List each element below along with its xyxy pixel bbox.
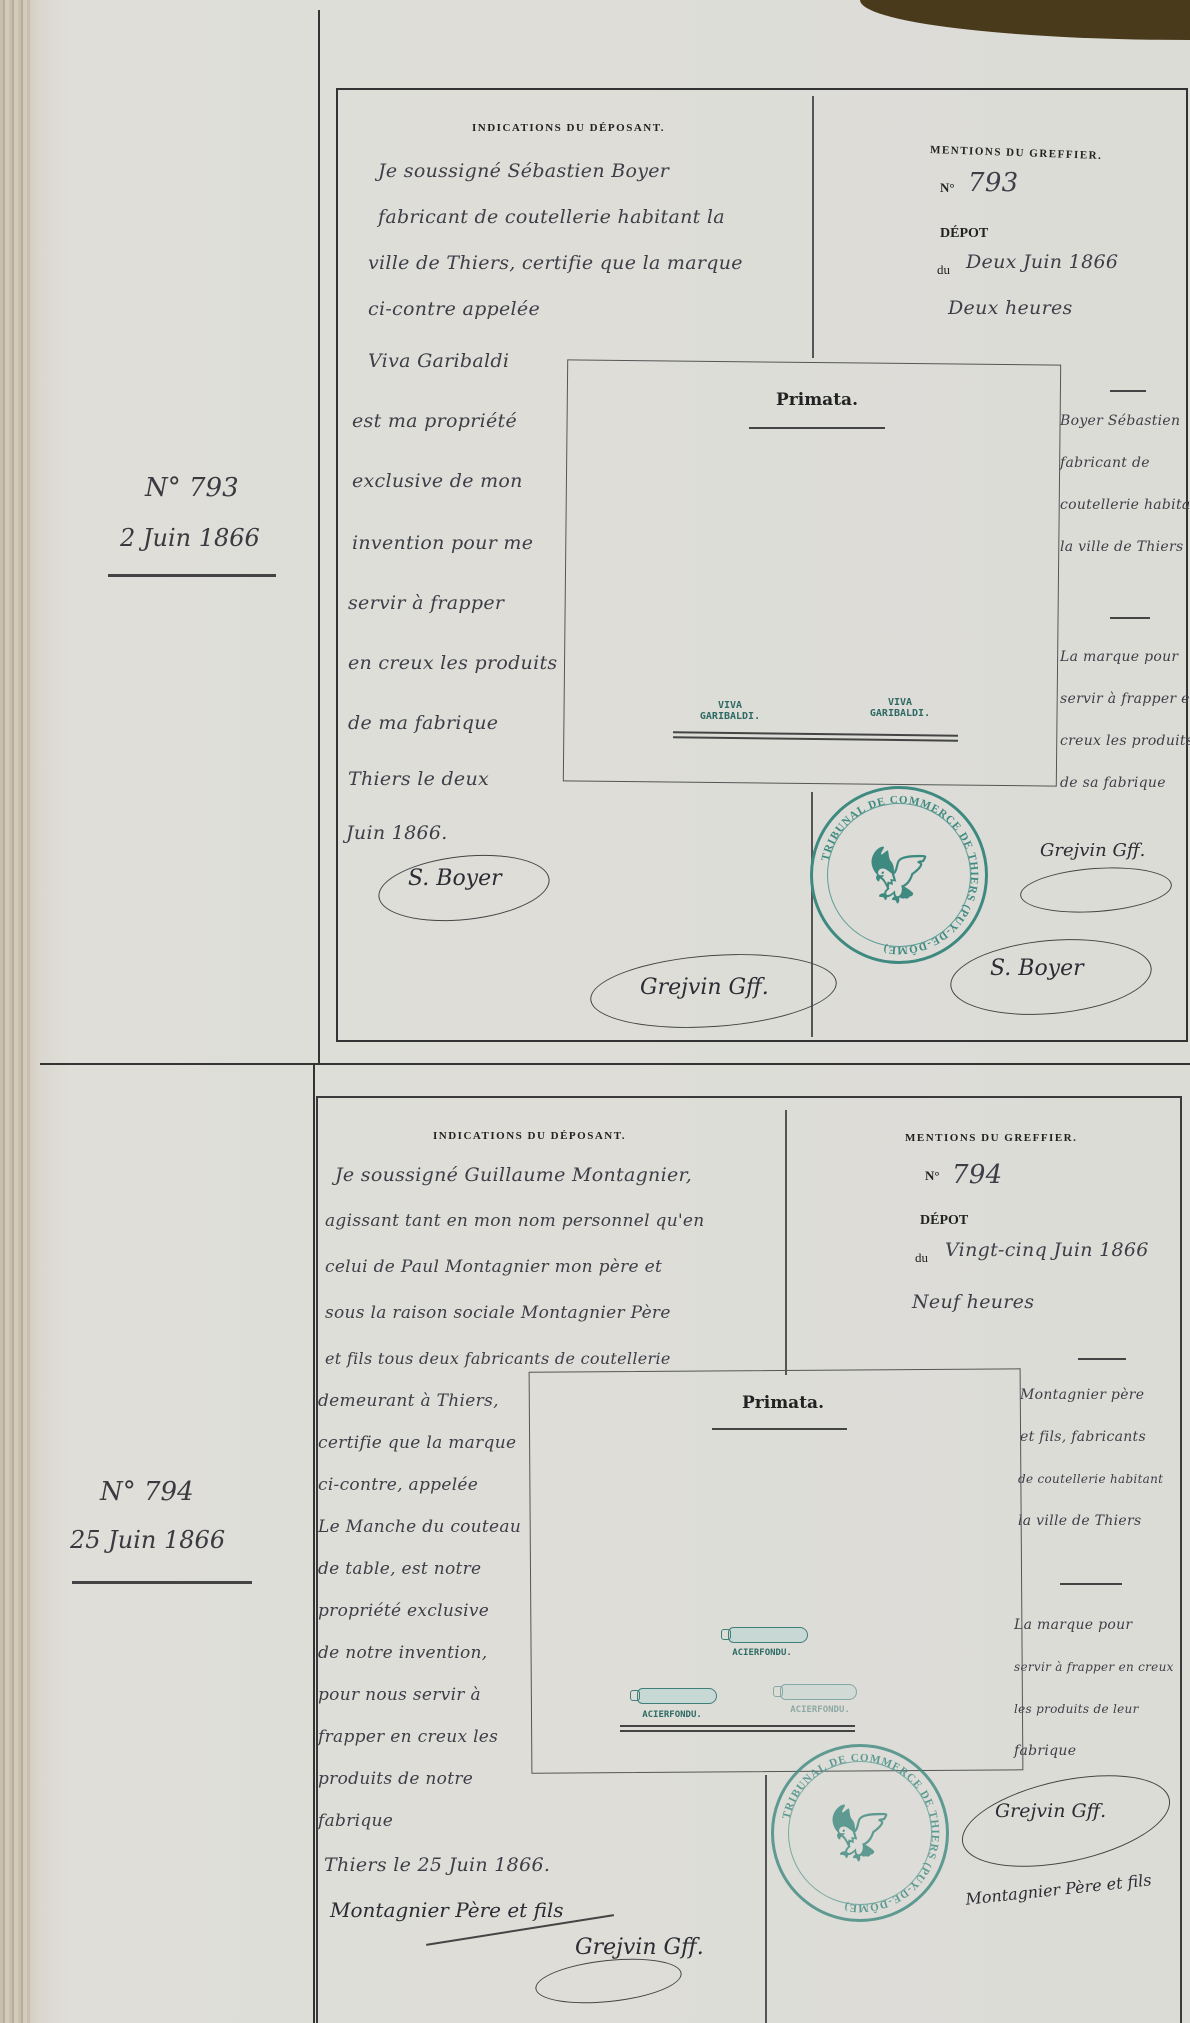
deposant-line: celui de Paul Montagnier mon père et (325, 1244, 662, 1290)
deposant-line: Je soussigné Sébastien Boyer (378, 148, 669, 194)
margin-underline (72, 1581, 252, 1584)
mark-stamp-acierfondu: ACIERFONDU. (622, 1710, 722, 1721)
tribunal-seal: 🦅︎ TRIBUNAL DE COMMERCE DE THIERS (PUY-D… (810, 786, 988, 964)
deposant-line: exclusive de mon (352, 458, 523, 504)
deposant-line: servir à frapper (348, 580, 504, 626)
greffier-note-line: les produits de leur (1014, 1688, 1139, 1730)
depot-label: DÉPOT (920, 1213, 968, 1229)
note-separator (1078, 1358, 1126, 1360)
note-separator (1110, 390, 1146, 392)
margin-underline (108, 574, 276, 577)
knife-handle-icon (780, 1684, 857, 1700)
deposit-time: Neuf heures (912, 1286, 1034, 1318)
deposant-line: certifie que la marque (318, 1420, 516, 1466)
greffier-note-line: et fils, fabricants (1020, 1416, 1146, 1458)
deposant-line: ci-contre appelée (368, 286, 540, 332)
mark-box (563, 359, 1061, 786)
entry-separator (40, 1063, 1190, 1065)
deposant-line: ci-contre, appelée (318, 1462, 478, 1508)
register-page: N° 793 2 Juin 1866 INDICATIONS DU DÉPOSA… (0, 0, 1190, 2023)
greffier-note-line: servir à frapper en (1060, 678, 1190, 720)
du-label: du (915, 1250, 928, 1266)
deposit-time: Deux heures (948, 292, 1073, 324)
seal-text-ring: TRIBUNAL DE COMMERCE DE THIERS (PUY-DE-D… (813, 789, 985, 961)
deposant-line: pour nous servir à (318, 1672, 481, 1718)
deposant-line: de table, est notre (318, 1546, 481, 1592)
greffier-note-line: servir à frapper en creux (1014, 1646, 1174, 1688)
deposant-line: fabrique (318, 1798, 393, 1844)
deposant-line: Thiers le 25 Juin 1866. (324, 1842, 550, 1888)
deposant-line: Juin 1866. (346, 810, 448, 856)
mark-stamp-acierfondu: ACIERFONDU. (712, 1648, 812, 1659)
number-label: N° (925, 1168, 940, 1184)
deposant-line: frapper en creux les (318, 1714, 498, 1760)
mark-stamp-viva-garibaldi: VIVA GARIBALDI. (860, 697, 940, 719)
column-divider-top (812, 96, 814, 358)
margin-date: 2 Juin 1866 (120, 520, 260, 556)
greffier-note-line: creux les produits (1060, 720, 1190, 762)
deposit-date: Deux Juin 1866 (966, 246, 1118, 278)
greffier-note-line: la ville de Thiers (1018, 1500, 1141, 1542)
deposant-countersignature: S. Boyer (990, 956, 1084, 981)
mark-title-underline (749, 427, 885, 429)
tribunal-seal: 🦅︎ TRIBUNAL DE COMMERCE DE THIERS (PUY-D… (771, 1744, 949, 1922)
greffier-header: MENTIONS DU GREFFIER. (905, 1132, 1077, 1144)
margin-number: N° 794 (100, 1474, 194, 1510)
greffier-note-line: fabricant de (1060, 442, 1150, 484)
deposant-line: Je soussigné Guillaume Montagnier, (335, 1152, 692, 1198)
greffier-note-line: La marque pour (1060, 636, 1178, 678)
desk-background (860, 0, 1190, 40)
seal-text-ring: TRIBUNAL DE COMMERCE DE THIERS (PUY-DE-D… (774, 1747, 946, 1919)
margin-rule-top (318, 10, 320, 1063)
greffier-note-line: coutellerie habitant (1060, 484, 1190, 526)
deposant-line: fabricant de coutellerie habitant la (378, 194, 725, 240)
deposant-signature: Montagnier Père et fils (330, 1898, 564, 1922)
deposit-number: 794 (952, 1160, 1003, 1190)
deposant-line: Viva Garibaldi (368, 338, 509, 384)
deposant-line: Thiers le deux (348, 756, 489, 802)
svg-text:TRIBUNAL DE COMMERCE DE THIERS: TRIBUNAL DE COMMERCE DE THIERS (PUY-DE-D… (819, 794, 980, 957)
deposant-line: propriété exclusive (318, 1588, 489, 1634)
deposant-header: INDICATIONS DU DÉPOSANT. (472, 122, 665, 134)
deposant-line: de ma fabrique (348, 700, 498, 746)
knife-handle-icon (728, 1627, 808, 1643)
du-label: du (937, 262, 950, 278)
clerk-signature: Grejvin Gff. (640, 975, 769, 1000)
margin-number: N° 793 (145, 470, 239, 506)
clerk-signature: Grejvin Gff. (575, 1935, 704, 1960)
deposant-signature: S. Boyer (408, 866, 502, 891)
svg-text:TRIBUNAL DE COMMERCE DE THIERS: TRIBUNAL DE COMMERCE DE THIERS (PUY-DE-D… (780, 1752, 941, 1915)
depot-label: DÉPOT (940, 226, 988, 242)
greffier-signature: Grejvin Gff. (1040, 840, 1145, 861)
mark-title-underline (712, 1428, 847, 1430)
greffier-note-line: de coutellerie habitant (1018, 1458, 1163, 1500)
number-label: N° (940, 180, 955, 196)
greffier-note-line: La marque pour (1014, 1604, 1132, 1646)
deposant-line: ville de Thiers, certifie que la marque (368, 240, 743, 286)
margin-rule-bottom (313, 1063, 315, 2023)
mark-title: Primata. (776, 390, 858, 410)
deposant-header: INDICATIONS DU DÉPOSANT. (433, 1130, 626, 1142)
margin-date: 25 Juin 1866 (70, 1522, 225, 1558)
mark-base-rule (620, 1730, 855, 1732)
deposant-line: sous la raison sociale Montagnier Père (325, 1290, 671, 1336)
deposant-line: est ma propriété (352, 398, 517, 444)
mark-stamp-acierfondu: ACIERFONDU. (770, 1705, 870, 1716)
greffier-signature: Grejvin Gff. (995, 1800, 1106, 1822)
column-divider-bottom (765, 1775, 767, 2023)
deposant-line: Le Manche du couteau (318, 1504, 521, 1550)
greffier-note-line: Boyer Sébastien (1060, 400, 1180, 442)
knife-handle-icon (637, 1688, 717, 1704)
mark-title: Primata. (742, 1393, 824, 1413)
deposant-line: produits de notre (318, 1756, 473, 1802)
deposant-line: en creux les produits (348, 640, 557, 686)
column-divider-top (785, 1110, 787, 1375)
mark-base-rule (620, 1725, 855, 1727)
mark-stamp-viva-garibaldi: VIVA GARIBALDI. (690, 700, 770, 722)
greffier-note-line: la ville de Thiers (1060, 526, 1183, 568)
deposant-line: de notre invention, (318, 1630, 488, 1676)
greffier-note-line: de sa fabrique (1060, 762, 1166, 804)
note-separator (1060, 1583, 1122, 1585)
note-separator (1110, 617, 1150, 619)
deposant-line: invention pour me (352, 520, 533, 566)
deposit-number: 793 (968, 168, 1019, 198)
deposit-date: Vingt-cinq Juin 1866 (945, 1234, 1149, 1266)
deposant-line: agissant tant en mon nom personnel qu'en (325, 1198, 705, 1244)
page-edges (0, 0, 30, 2023)
deposant-line: demeurant à Thiers, (318, 1378, 499, 1424)
greffier-note-line: Montagnier père (1020, 1374, 1144, 1416)
